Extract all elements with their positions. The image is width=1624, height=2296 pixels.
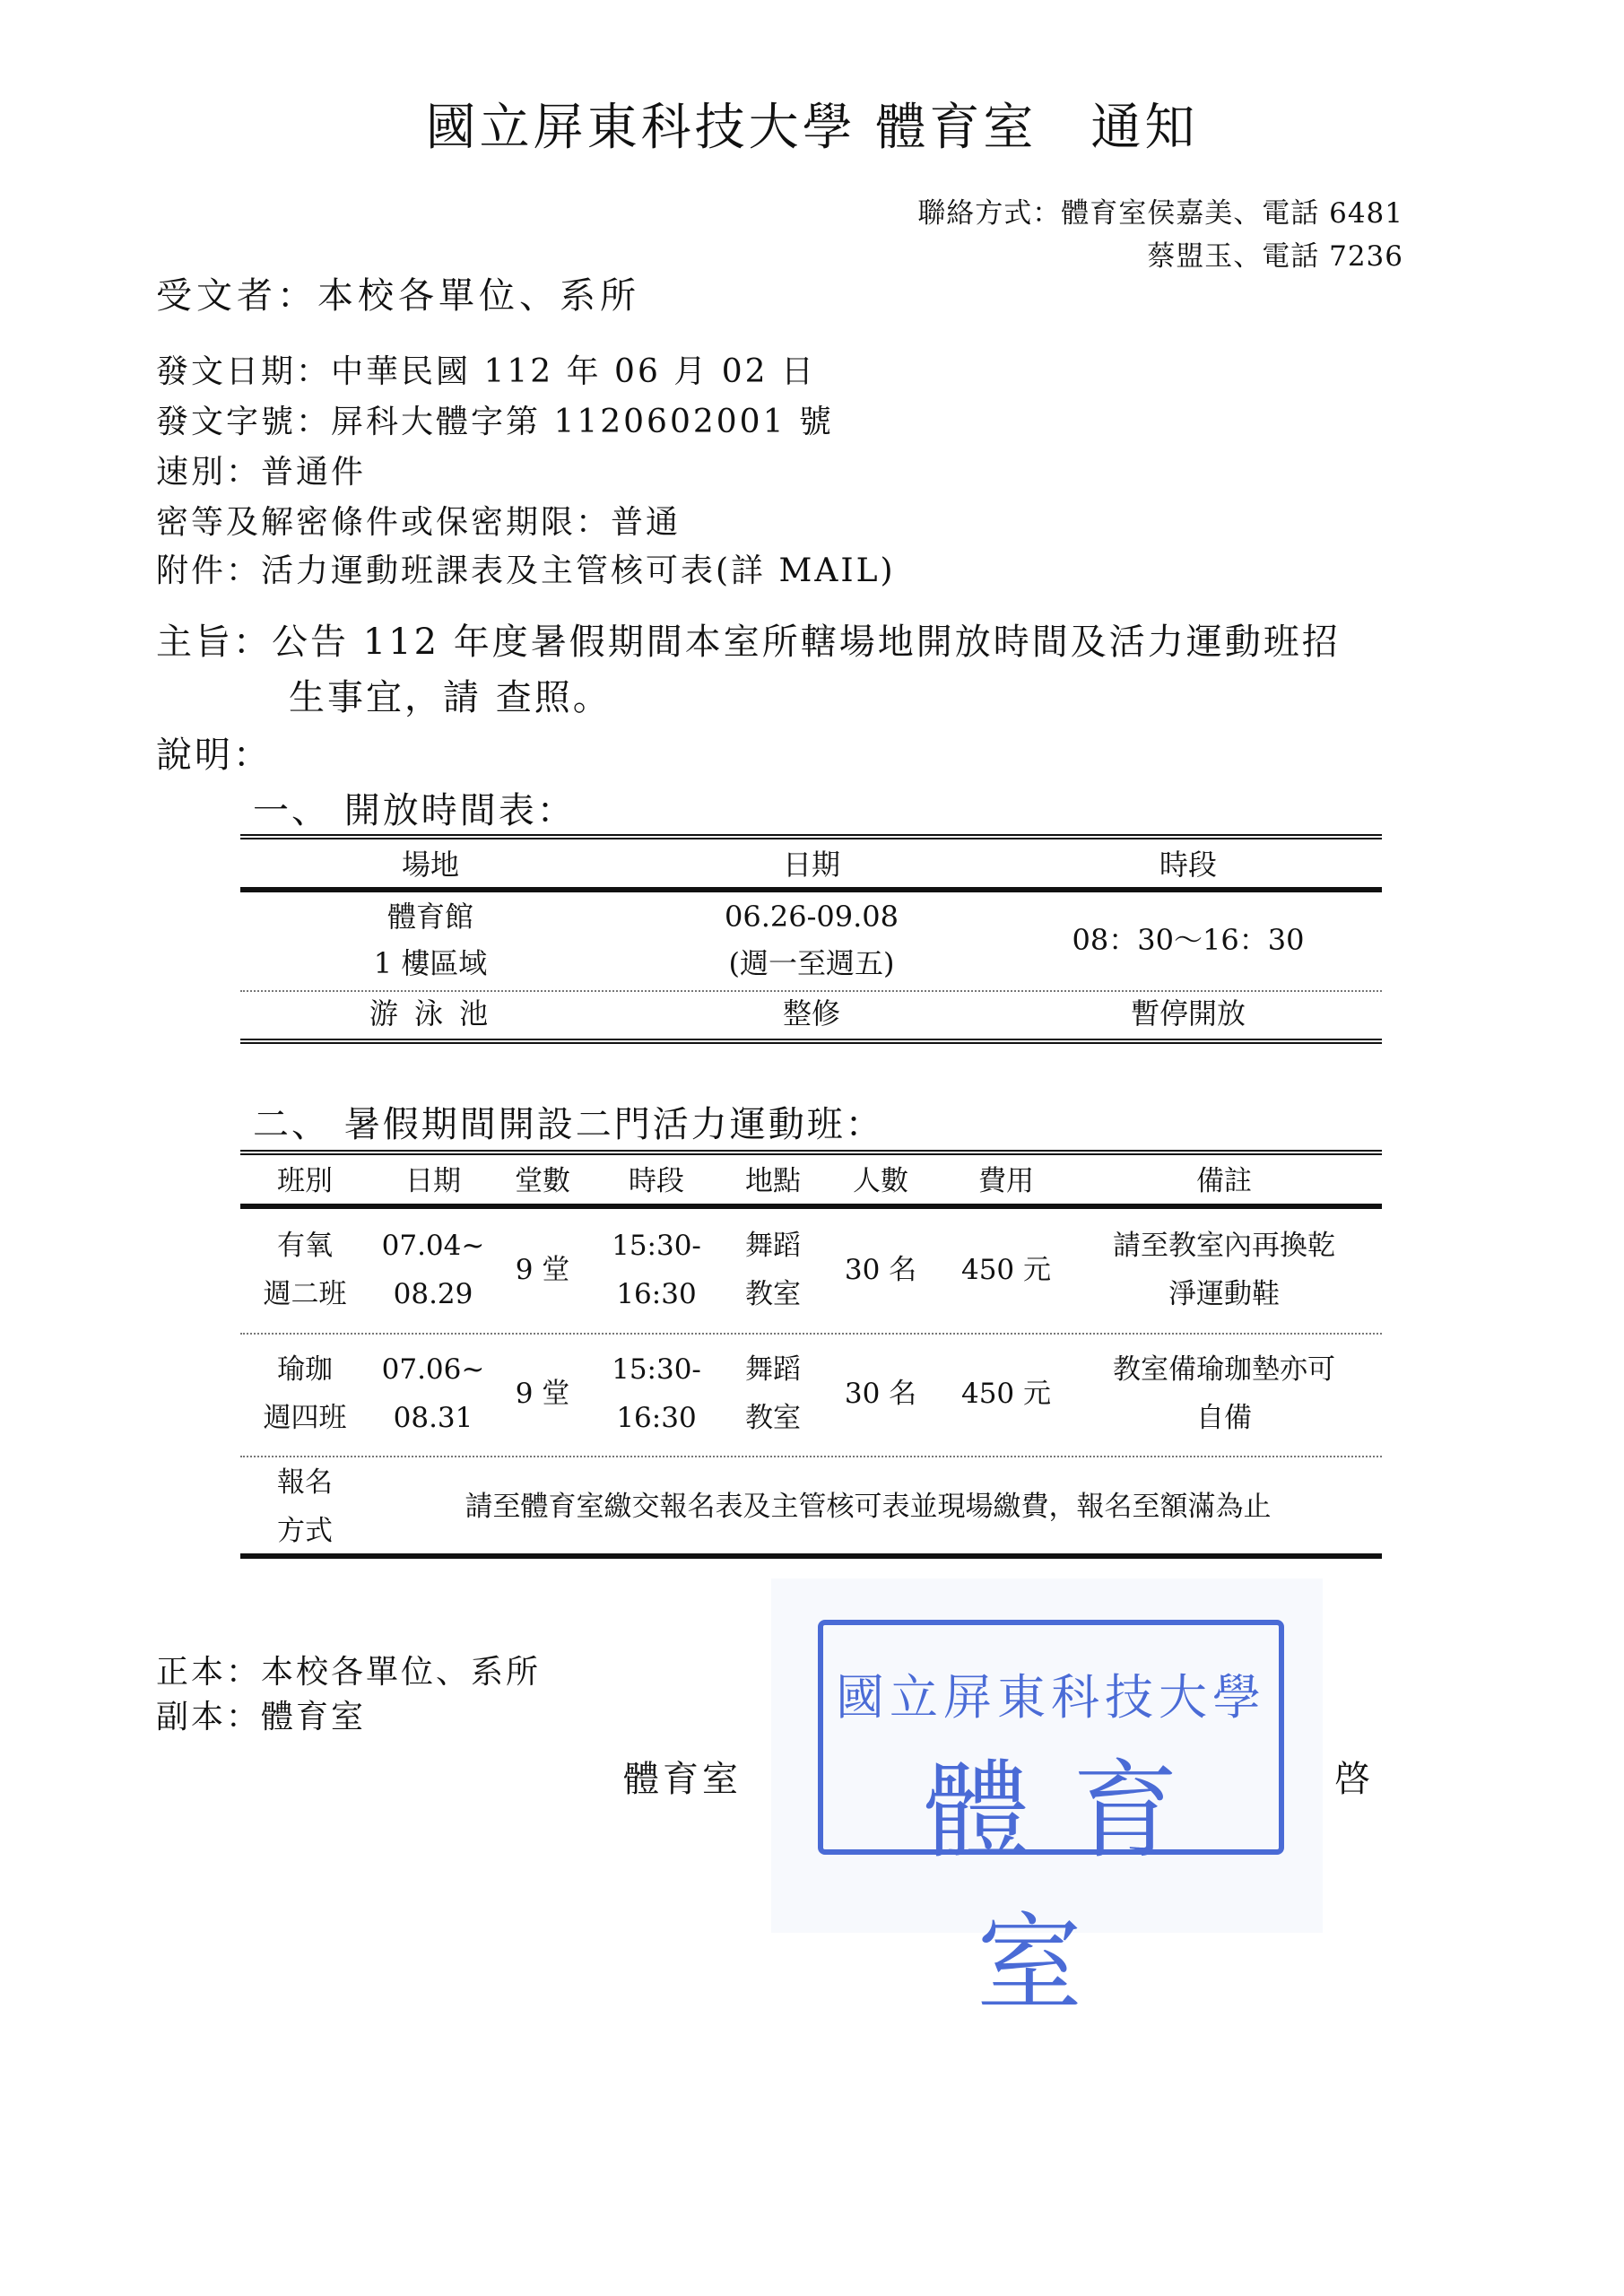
column-header-capacity: 人數 [853, 1157, 908, 1205]
section-2-heading: 二、 暑假期間開設二門活力運動班： [253, 1096, 884, 1147]
subject-line-2: 生事宜，請 查照。 [289, 669, 612, 720]
explanation-label: 說明： [156, 726, 272, 778]
original-recipients: 正本：本校各單位、系所 [156, 1647, 541, 1692]
column-header-location: 地點 [745, 1157, 801, 1205]
column-header-note: 備註 [1196, 1157, 1252, 1205]
subject-line-1: 主旨：公告 112 年度暑假期間本室所轄場地開放時間及活力運動班招 [156, 613, 1341, 665]
column-header-time: 時段 [629, 1157, 684, 1205]
official-seal-stamp: 國立屏東科技大學 體育室 [818, 1620, 1284, 1855]
capacity-cell: 30 名 [845, 1370, 916, 1418]
time-cell-line-1: 15:30- [612, 1345, 701, 1394]
recipient: 受文者：本校各單位、系所 [156, 267, 640, 318]
venue-cell-line-2: 1 樓區域 [374, 940, 488, 987]
column-header-date: 日期 [783, 841, 840, 888]
time-cell-line-1: 15:30- [612, 1222, 701, 1270]
note-cell-line-2: 自備 [1196, 1394, 1252, 1442]
time-cell-line-2: 16:30 [616, 1270, 696, 1318]
stamp-university-name: 國立屏東科技大學 [823, 1659, 1279, 1728]
contact-line-2: 蔡盟玉、電話 7236 [1147, 233, 1403, 274]
note-cell-line-2: 淨運動鞋 [1168, 1270, 1280, 1318]
note-cell-line-1: 教室備瑜珈墊亦可 [1113, 1345, 1335, 1394]
table-rule-row [240, 1456, 1382, 1457]
venue-cell: 游 泳 池 [369, 990, 491, 1037]
sender-office: 體育室 [623, 1751, 742, 1802]
class-cell-line-2: 週二班 [264, 1270, 347, 1318]
closing-mark: 啓 [1334, 1751, 1374, 1802]
sessions-cell: 9 堂 [516, 1246, 570, 1294]
column-header-class: 班別 [277, 1157, 333, 1205]
date-cell-line-1: 07.04~ [382, 1222, 485, 1270]
class-cell-line-1: 有氧 [277, 1222, 333, 1270]
fee-cell: 450 元 [961, 1370, 1051, 1418]
class-cell-line-2: 週四班 [264, 1394, 347, 1442]
table-rule-row [240, 1333, 1382, 1335]
document-title: 國立屏東科技大學 體育室 通知 [0, 88, 1624, 160]
table-rule-header [240, 887, 1382, 892]
sessions-cell: 9 堂 [516, 1370, 570, 1418]
fee-cell: 450 元 [961, 1246, 1051, 1294]
security-level: 密等及解密條件或保密期限：普通 [156, 497, 681, 543]
date-cell-line-2: 08.29 [394, 1270, 473, 1318]
column-header-date: 日期 [405, 1157, 461, 1205]
venue-cell-line-1: 體育館 [387, 893, 473, 940]
location-cell-line-2: 教室 [745, 1270, 801, 1318]
note-cell-line-1: 請至教室內再換乾 [1113, 1222, 1335, 1270]
table-rule-bottom [240, 1039, 1382, 1044]
date-cell-line-2: (週一至週五) [729, 940, 895, 987]
location-cell-line-1: 舞蹈 [745, 1222, 801, 1270]
time-cell: 08：30～16：30 [1073, 917, 1305, 963]
column-header-time: 時段 [1159, 841, 1217, 888]
table-rule-top [240, 834, 1382, 839]
speed-category: 速別：普通件 [156, 447, 366, 492]
location-cell-line-1: 舞蹈 [745, 1345, 801, 1394]
attachment: 附件：活力運動班課表及主管核可表(詳 MAIL) [156, 545, 896, 591]
column-header-fee: 費用 [978, 1157, 1034, 1205]
date-cell: 整修 [783, 990, 840, 1037]
copy-recipients: 副本：體育室 [156, 1692, 366, 1737]
registration-method: 請至體育室繳交報名表及主管核可表並現場繳費，報名至額滿為止 [465, 1483, 1272, 1531]
section-1-heading: 一、 開放時間表： [253, 782, 576, 833]
registration-label-line-1: 報名 [277, 1458, 333, 1507]
time-cell-line-2: 16:30 [616, 1394, 696, 1442]
registration-label-line-2: 方式 [277, 1507, 333, 1555]
date-cell-line-1: 06.26-09.08 [725, 893, 899, 940]
table-rule-header [240, 1204, 1382, 1209]
stamp-office-name: 體育室 [823, 1726, 1279, 2031]
date-cell-line-1: 07.06~ [382, 1345, 485, 1394]
document-number: 發文字號：屏科大體字第 1120602001 號 [156, 396, 834, 442]
capacity-cell: 30 名 [845, 1246, 916, 1294]
column-header-venue: 場地 [402, 841, 459, 888]
contact-line-1: 聯絡方式：體育室侯嘉美、電話 6481 [917, 190, 1403, 230]
table-rule-bottom [240, 1553, 1382, 1559]
location-cell-line-2: 教室 [745, 1394, 801, 1442]
time-cell: 暫停開放 [1131, 990, 1246, 1037]
table-rule-top [240, 1150, 1382, 1155]
class-cell-line-1: 瑜珈 [277, 1345, 333, 1394]
issue-date: 發文日期：中華民國 112 年 06 月 02 日 [156, 346, 816, 392]
column-header-sessions: 堂數 [515, 1157, 570, 1205]
date-cell-line-2: 08.31 [394, 1394, 473, 1442]
